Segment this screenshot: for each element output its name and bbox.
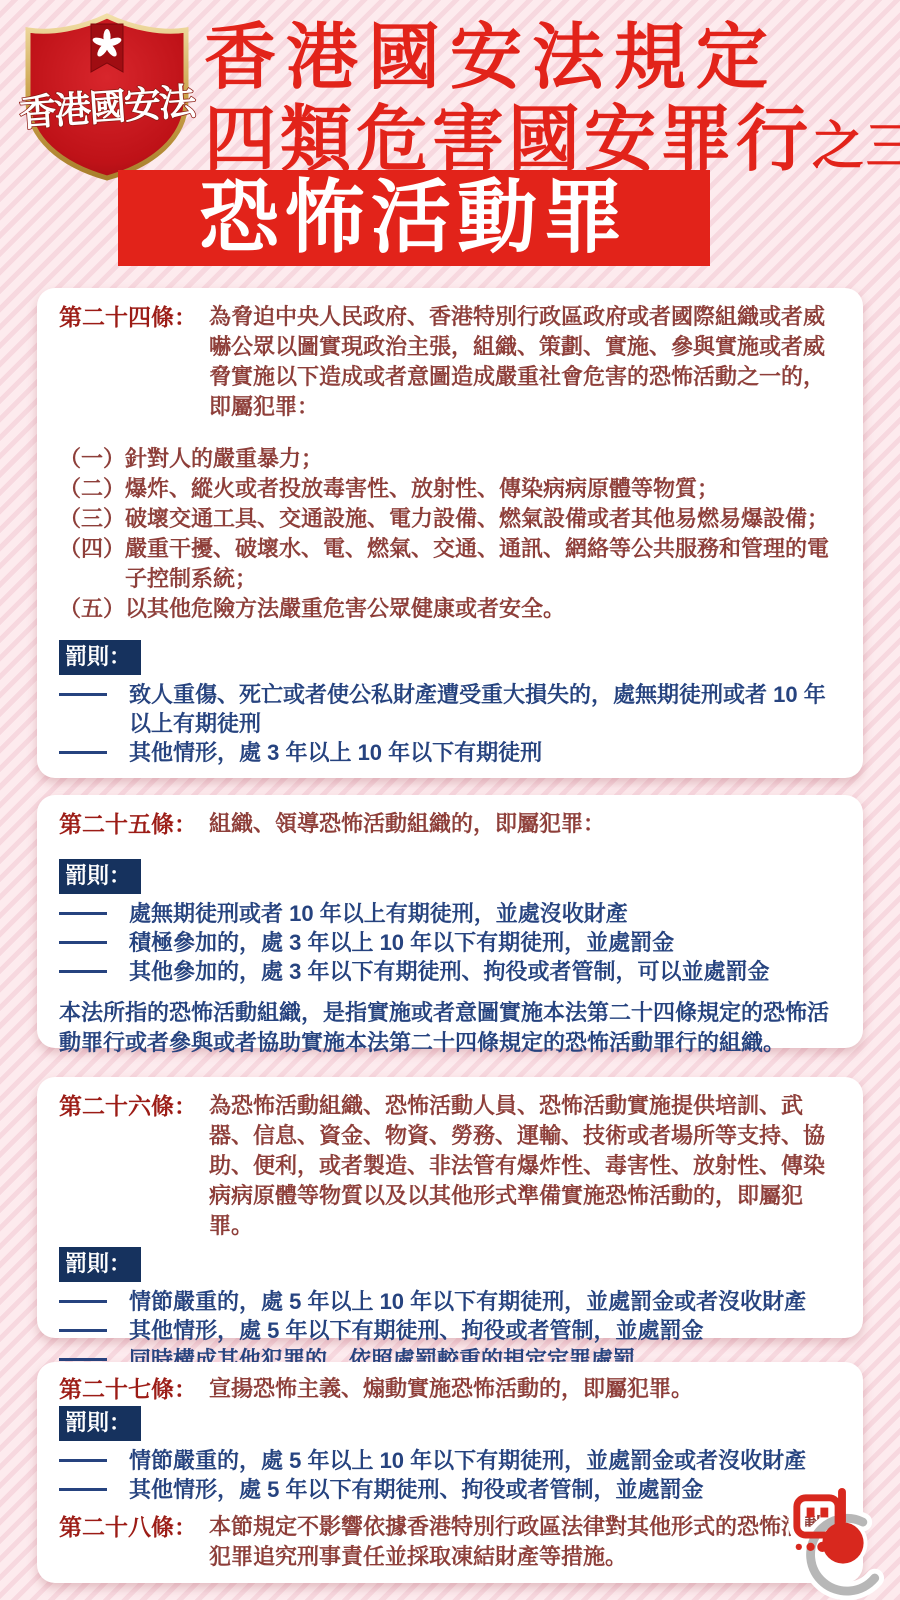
dash-bullet-icon — [59, 738, 129, 767]
article-28-text: 本節規定不影響依據香港特別行政區法律對其他形式的恐怖活動犯罪追究刑事責任並採取凍… — [209, 1512, 845, 1572]
penalty-label: 罰則： — [59, 859, 141, 894]
penalty-label: 罰則： — [59, 1247, 141, 1282]
dash-bullet-icon — [59, 1287, 129, 1316]
item-number: （三） — [59, 504, 125, 534]
offense-list: （一） 針對人的嚴重暴力； （二） 爆炸、縱火或者投放毒害性、放射性、傳染病病原… — [59, 444, 845, 624]
item-text: 破壞交通工具、交通設施、電力設備、燃氣設備或者其他易燃易爆設備； — [125, 504, 845, 534]
penalty-item: 處無期徒刑或者 10 年以上有期徒刑，並處沒收財產 — [59, 899, 845, 928]
article-27-number: 第二十七條： — [59, 1374, 209, 1404]
penalty-label: 罰則： — [59, 1406, 141, 1441]
penalty-item: 其他情形，處 5 年以下有期徒刑、拘役或者管制，並處罰金 — [59, 1316, 845, 1345]
list-item: （一） 針對人的嚴重暴力； — [59, 444, 845, 474]
penalty-block: 罰則： 處無期徒刑或者 10 年以上有期徒刑，並處沒收財產 積極參加的，處 3 … — [59, 859, 845, 986]
penalty-text: 積極參加的，處 3 年以上 10 年以下有期徒刑，並處罰金 — [129, 928, 845, 957]
penalty-item: 其他情形，處 3 年以上 10 年以下有期徒刑 — [59, 738, 845, 767]
poster-title-line2: 四類危害國安罪行之三 — [204, 104, 900, 176]
article-26-text: 為恐怖活動組織、恐怖活動人員、恐怖活動實施提供培訓、武器、信息、資金、物資、勞務… — [209, 1091, 845, 1241]
penalty-item: 情節嚴重的，處 5 年以上 10 年以下有期徒刑，並處罰金或者沒收財產 — [59, 1287, 845, 1316]
article-27-text: 宣揚恐怖主義、煽動實施恐怖活動的，即屬犯罪。 — [209, 1374, 845, 1404]
item-text: 針對人的嚴重暴力； — [125, 444, 845, 474]
poster-title-line1: 香港國安法規定 — [204, 22, 778, 94]
article-28-number: 第二十八條： — [59, 1512, 209, 1542]
article-24-number: 第二十四條： — [59, 302, 209, 332]
item-number: （一） — [59, 444, 125, 474]
penalty-text: 情節嚴重的，處 5 年以上 10 年以下有期徒刑，並處罰金或者沒收財產 — [129, 1287, 845, 1316]
article-28: 第二十八條： 本節規定不影響依據香港特別行政區法律對其他形式的恐怖活動犯罪追究刑… — [59, 1512, 845, 1572]
list-item: （三） 破壞交通工具、交通設施、電力設備、燃氣設備或者其他易燃易爆設備； — [59, 504, 845, 534]
penalty-text: 其他情形，處 5 年以下有期徒刑、拘役或者管制，並處罰金 — [129, 1316, 845, 1345]
article-24: 第二十四條： 為脅迫中央人民政府、香港特別行政區政府或者國際組織或者威嚇公眾以圖… — [59, 302, 845, 422]
article-26-number: 第二十六條： — [59, 1091, 209, 1121]
article-26: 第二十六條： 為恐怖活動組織、恐怖活動人員、恐怖活動實施提供培訓、武器、信息、資… — [59, 1091, 845, 1241]
article-27-28-card: 第二十七條： 宣揚恐怖主義、煽動實施恐怖活動的，即屬犯罪。 罰則： 情節嚴重的，… — [37, 1362, 863, 1583]
article-26-card: 第二十六條： 為恐怖活動組織、恐怖活動人員、恐怖活動實施提供培訓、武器、信息、資… — [37, 1077, 863, 1338]
list-item: （二） 爆炸、縱火或者投放毒害性、放射性、傳染病病原體等物質； — [59, 474, 845, 504]
penalty-label: 罰則： — [59, 640, 141, 675]
article-27: 第二十七條： 宣揚恐怖主義、煽動實施恐怖活動的，即屬犯罪。 — [59, 1374, 845, 1404]
item-number: （五） — [59, 594, 125, 624]
item-number: （二） — [59, 474, 125, 504]
penalty-item: 積極參加的，處 3 年以上 10 年以下有期徒刑，並處罰金 — [59, 928, 845, 957]
dash-bullet-icon — [59, 680, 129, 709]
item-text: 嚴重干擾、破壞水、電、燃氣、交通、通訊、網絡等公共服務和管理的電子控制系統； — [125, 534, 845, 594]
dash-bullet-icon — [59, 957, 129, 986]
list-item: （五） 以其他危險方法嚴重危害公眾健康或者安全。 — [59, 594, 845, 624]
article-25: 第二十五條： 組織、領導恐怖活動組織的，即屬犯罪： — [59, 809, 845, 839]
article-25-card: 第二十五條： 組織、領導恐怖活動組織的，即屬犯罪： 罰則： 處無期徒刑或者 10… — [37, 795, 863, 1048]
penalty-text: 其他情形，處 3 年以上 10 年以下有期徒刑 — [129, 738, 845, 767]
penalty-text: 其他參加的，處 3 年以下有期徒刑、拘役或者管制，可以並處罰金 — [129, 957, 845, 986]
penalty-block: 罰則： 情節嚴重的，處 5 年以上 10 年以下有期徒刑，並處罰金或者沒收財產 … — [59, 1247, 845, 1374]
poster-page: 香港國安法 香港國安法規定 四類危害國安罪行之三 恐怖活動罪 第二十四條： 為脅… — [0, 0, 900, 1600]
article-24-text: 為脅迫中央人民政府、香港特別行政區政府或者國際組織或者威嚇公眾以圖實現政治主張，… — [209, 302, 845, 422]
penalty-item: 其他情形，處 5 年以下有期徒刑、拘役或者管制，並處罰金 — [59, 1475, 845, 1504]
penalty-block: 罰則： 情節嚴重的，處 5 年以上 10 年以下有期徒刑，並處罰金或者沒收財產 … — [59, 1406, 845, 1504]
national-security-law-shield-badge: 香港國安法 — [14, 8, 200, 184]
item-text: 爆炸、縱火或者投放毒害性、放射性、傳染病病原體等物質； — [125, 474, 845, 504]
dash-bullet-icon — [59, 899, 129, 928]
title-line2-suffix: 之三 — [812, 118, 900, 176]
article-25-number: 第二十五條： — [59, 809, 209, 839]
dotdotnews-logo — [788, 1480, 896, 1600]
article-24-card: 第二十四條： 為脅迫中央人民政府、香港特別行政區政府或者國際組織或者威嚇公眾以圖… — [37, 288, 863, 778]
item-number: （四） — [59, 534, 125, 564]
penalty-item: 致人重傷、死亡或者使公私財產遭受重大損失的，處無期徒刑或者 10 年以上有期徒刑 — [59, 680, 845, 738]
title-line2-main: 四類危害國安罪行 — [204, 100, 812, 180]
terror-organization-definition-note: 本法所指的恐怖活動組織，是指實施或者意圖實施本法第二十四條規定的恐怖活動罪行或者… — [59, 998, 845, 1058]
item-text: 以其他危險方法嚴重危害公眾健康或者安全。 — [125, 594, 845, 624]
list-item: （四） 嚴重干擾、破壞水、電、燃氣、交通、通訊、網絡等公共服務和管理的電子控制系… — [59, 534, 845, 594]
dash-bullet-icon — [59, 1475, 129, 1504]
penalty-text: 致人重傷、死亡或者使公私財產遭受重大損失的，處無期徒刑或者 10 年以上有期徒刑 — [129, 680, 845, 738]
penalty-block: 罰則： 致人重傷、死亡或者使公私財產遭受重大損失的，處無期徒刑或者 10 年以上… — [59, 640, 845, 767]
penalty-item: 其他參加的，處 3 年以下有期徒刑、拘役或者管制，可以並處罰金 — [59, 957, 845, 986]
article-25-text: 組織、領導恐怖活動組織的，即屬犯罪： — [209, 809, 845, 839]
dash-bullet-icon — [59, 1446, 129, 1475]
penalty-text: 處無期徒刑或者 10 年以上有期徒刑，並處沒收財產 — [129, 899, 845, 928]
penalty-item: 情節嚴重的，處 5 年以上 10 年以下有期徒刑，並處罰金或者沒收財產 — [59, 1446, 845, 1475]
penalty-text: 其他情形，處 5 年以下有期徒刑、拘役或者管制，並處罰金 — [129, 1475, 845, 1504]
offense-banner: 恐怖活動罪 — [118, 170, 710, 266]
dash-bullet-icon — [59, 928, 129, 957]
dash-bullet-icon — [59, 1316, 129, 1345]
penalty-text: 情節嚴重的，處 5 年以上 10 年以下有期徒刑，並處罰金或者沒收財產 — [129, 1446, 845, 1475]
